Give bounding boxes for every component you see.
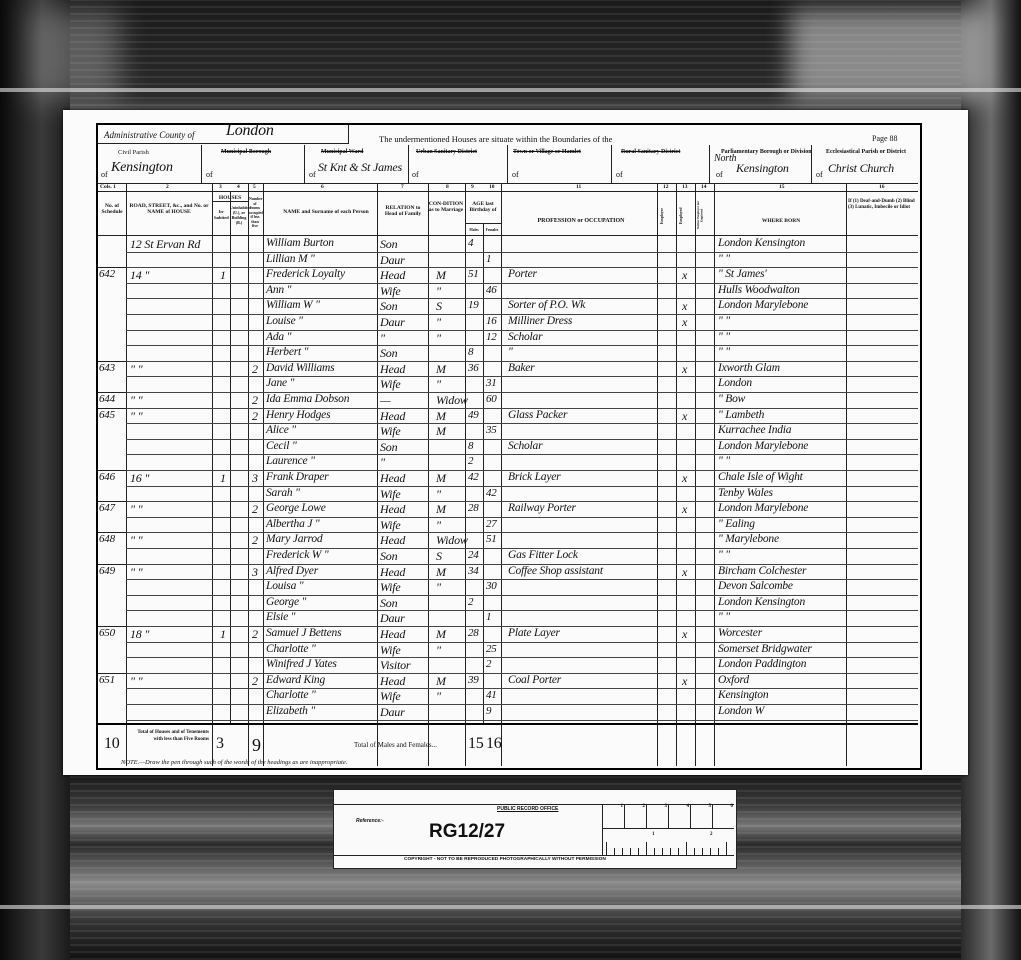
relation: Head: [380, 471, 405, 486]
person-name: Louisa ": [266, 580, 303, 592]
col-header-where-born: WHERE BORN: [716, 218, 846, 224]
age-female: 12: [486, 331, 497, 343]
birthplace: London Paddington: [718, 658, 806, 670]
table-row: 647" "2George LoweHeadM28Railway Porterx…: [96, 501, 918, 517]
condition: Widow: [436, 393, 468, 408]
age-male: 2: [468, 596, 473, 608]
of-label: of: [512, 170, 519, 179]
condition: M: [436, 502, 446, 517]
person-name: George ": [266, 596, 306, 608]
condition: ": [436, 643, 441, 658]
col-header-age: AGE last Birthday of: [465, 201, 501, 213]
schedule-number: 647: [99, 502, 115, 514]
relation: Son: [380, 237, 397, 252]
occupation: Coal Porter: [508, 674, 561, 686]
age-female: 41: [486, 689, 497, 701]
person-name: Frederick Loyalty: [266, 268, 345, 280]
rural-sanitary-label: Rural Sanitary District: [621, 149, 680, 155]
reference-label: Reference:-: [356, 818, 384, 824]
divider: [408, 145, 409, 183]
column-number: 7: [401, 184, 404, 190]
condition: M: [436, 565, 446, 580]
person-name: Ida Emma Dobson: [266, 393, 349, 405]
civil-parish-value: Kensington: [111, 160, 173, 176]
col-header-relation: RELATION to Head of Family: [379, 205, 427, 217]
relation: Wife: [380, 377, 401, 392]
person-name: Ada ": [266, 331, 291, 343]
ruler-tick: [662, 848, 663, 855]
ruler-tick: [630, 848, 631, 855]
rooms-count: 2: [252, 627, 258, 642]
column-number: 6: [321, 184, 324, 190]
ruler-label: 5: [709, 804, 712, 809]
relation: Daur: [380, 315, 405, 330]
table-row: 65018 "12Samuel J BettensHeadM28Plate La…: [96, 626, 918, 642]
relation: Wife: [380, 643, 401, 658]
person-name: Frank Draper: [266, 471, 328, 483]
rooms-count: 2: [252, 393, 258, 408]
admin-county-value: London: [226, 122, 274, 140]
person-name: Mary Jarrod: [266, 533, 322, 545]
birthplace: " ": [718, 611, 730, 623]
relation: Son: [380, 440, 397, 455]
road-address: 16 ": [130, 471, 149, 486]
total-schedules: 10: [104, 735, 120, 753]
age-female: 25: [486, 643, 497, 655]
copyright-notice: COPYRIGHT - NOT TO BE REPRODUCED PHOTOGR…: [404, 857, 606, 862]
boundaries-text: The undermentioned Houses are situate wi…: [379, 134, 612, 144]
person-name: Frederick W ": [266, 549, 328, 561]
total-females: 16: [486, 735, 502, 753]
road-address: " ": [130, 362, 142, 377]
civil-parish-label: Civil Parish: [118, 149, 149, 156]
employment-mark: x: [682, 362, 687, 377]
table-row: Sarah "Wife"42Tenby Wales: [96, 486, 918, 502]
col-header-uninhabited: Uninhabited (U.), or Building (B.): [230, 205, 248, 225]
person-name: Henry Hodges: [266, 409, 330, 421]
birthplace: Ixworth Glam: [718, 362, 780, 374]
person-name: Charlotte ": [266, 643, 316, 655]
relation: Head: [380, 409, 405, 424]
relation: Son: [380, 299, 397, 314]
birthplace: " Ealing: [718, 518, 755, 530]
birthplace: " Lambeth: [718, 409, 764, 421]
of-label: of: [816, 170, 823, 179]
divider: [304, 145, 305, 183]
reference-card: PUBLIC RECORD OFFICE Reference:- RG12/27…: [333, 789, 737, 869]
condition: M: [436, 674, 446, 689]
age-male: 42: [468, 471, 479, 483]
age-female: 60: [486, 393, 497, 405]
ruler-label: 2: [710, 832, 713, 837]
age-male: 39: [468, 674, 479, 686]
table-row: Elizabeth "Daur9London W: [96, 704, 918, 720]
relation: Wife: [380, 689, 401, 704]
ruler-tick: [694, 848, 695, 855]
birthplace: London Marylebone: [718, 299, 808, 311]
divider: [709, 145, 710, 183]
film-stripe: [0, 905, 1021, 909]
occupation: Plate Layer: [508, 627, 560, 639]
birthplace: " ": [718, 253, 730, 265]
rooms-count: 3: [252, 471, 258, 486]
table-row: Albertha J "Wife"27" Ealing: [96, 517, 918, 533]
town-village-label: Town or Village or Hamlet: [513, 149, 581, 155]
divider: [507, 145, 508, 183]
person-name: Alfred Dyer: [266, 565, 318, 577]
person-name: Albertha J ": [266, 518, 320, 530]
ruler-tick: [646, 842, 647, 855]
table-row: Ada """12Scholar" ": [96, 330, 918, 346]
census-form: Administrative County of London The unde…: [96, 123, 920, 768]
occupation: Gas Fitter Lock: [508, 549, 578, 561]
birthplace: " Bow: [718, 393, 745, 405]
age-female: 46: [486, 284, 497, 296]
col-header-road: ROAD, STREET, &c., and No. or NAME of HO…: [127, 203, 211, 215]
schedule-number: 643: [99, 362, 115, 374]
condition: ": [436, 518, 441, 533]
person-name: Ann ": [266, 284, 291, 296]
relation: Son: [380, 549, 397, 564]
occupation: Scholar: [508, 440, 542, 452]
column-number: 15: [779, 184, 785, 190]
divider: [334, 855, 734, 856]
employment-mark: x: [682, 299, 687, 314]
column-number: 4: [237, 184, 240, 190]
birthplace: London Marylebone: [718, 502, 808, 514]
age-male: 34: [468, 565, 479, 577]
relation: Son: [380, 346, 397, 361]
birthplace: Kurrachee India: [718, 424, 791, 436]
relation: Head: [380, 533, 405, 548]
ruler-tick: [678, 848, 679, 855]
table-row: 12 St Ervan RdWilliam BurtonSon4London K…: [96, 236, 918, 252]
occupation: Coffee Shop assistant: [508, 565, 603, 577]
public-record-office: PUBLIC RECORD OFFICE: [497, 806, 558, 812]
relation: Wife: [380, 580, 401, 595]
occupation: Scholar: [508, 331, 542, 343]
ruler-label: 1: [621, 804, 624, 809]
occupation: Sorter of P.O. Wk: [508, 299, 585, 311]
table-row: 64214 "1Frederick LoyaltyHeadM51Porterx"…: [96, 267, 918, 283]
table-row: Ann "Wife"46Hulls Woodwalton: [96, 283, 918, 299]
person-name: Herbert ": [266, 346, 308, 358]
road-address: " ": [130, 393, 142, 408]
ruler-label: 3: [665, 804, 668, 809]
schedule-number: 642: [99, 268, 115, 280]
parliamentary-value: Kensington: [736, 161, 789, 176]
ruler-tick: [622, 848, 623, 855]
road-address: " ": [130, 565, 142, 580]
age-male: 28: [468, 627, 479, 639]
person-name: Lillian M ": [266, 253, 315, 265]
relation: Head: [380, 674, 405, 689]
divider: [811, 145, 812, 183]
inhabited-count: 1: [220, 627, 226, 642]
birthplace: Oxford: [718, 674, 749, 686]
relation: Son: [380, 596, 397, 611]
rooms-count: 2: [252, 674, 258, 689]
age-female: 31: [486, 377, 497, 389]
rooms-count: 2: [252, 533, 258, 548]
age-female: 9: [486, 705, 491, 717]
ecclesiastical-value: Christ Church: [828, 161, 894, 176]
of-label: of: [309, 170, 316, 179]
column-number: 2: [166, 184, 169, 190]
ruler-divider: [602, 828, 734, 829]
form-note: NOTE.—Draw the pen through such of the w…: [121, 759, 347, 766]
ruler-tick: [606, 842, 607, 855]
age-male: 4: [468, 237, 473, 249]
person-name: William Burton: [266, 237, 334, 249]
of-label: of: [616, 170, 623, 179]
person-name: William W ": [266, 299, 320, 311]
inhabited-count: 1: [220, 471, 226, 486]
total-rooms: 9: [252, 735, 261, 756]
employment-mark: x: [682, 409, 687, 424]
employment-mark: x: [682, 627, 687, 642]
birthplace: " ": [718, 455, 730, 467]
person-name: Winifred J Yates: [266, 658, 337, 670]
age-male: 8: [468, 346, 473, 358]
col-header-females: Females: [483, 227, 501, 233]
schedule-number: 646: [99, 471, 115, 483]
relation: Wife: [380, 284, 401, 299]
rooms-count: 2: [252, 409, 258, 424]
col-header-schedule: No. of Schedule: [99, 203, 125, 215]
table-row: Alice "WifeM35Kurrachee India: [96, 423, 918, 439]
employment-mark: x: [682, 471, 687, 486]
condition: M: [436, 362, 446, 377]
divider: [213, 201, 248, 202]
occupation: ": [508, 346, 513, 358]
schedule-number: 649: [99, 565, 115, 577]
reference-value: RG12/27: [429, 821, 505, 843]
col-header-neither: Neither Employer nor Employed: [697, 197, 714, 233]
schedule-number: 644: [99, 393, 115, 405]
column-number: 5: [253, 184, 256, 190]
birthplace: Somerset Bridgwater: [718, 643, 812, 655]
divider: [201, 145, 202, 183]
birthplace: " ": [718, 549, 730, 561]
birthplace: London: [718, 377, 752, 389]
col-header-employer: Employer: [659, 201, 676, 231]
road-address: 12 St Ervan Rd: [130, 237, 200, 252]
age-female: 35: [486, 424, 497, 436]
age-female: 51: [486, 533, 497, 545]
birthplace: Kensington: [718, 689, 768, 701]
occupation: Porter: [508, 268, 537, 280]
table-row: Lillian M "Daur1" ": [96, 252, 918, 268]
birthplace: London Marylebone: [718, 440, 808, 452]
divider: [98, 723, 918, 725]
of-label: of: [206, 170, 213, 179]
age-female: 1: [486, 253, 491, 265]
age-male: 51: [468, 268, 479, 280]
condition: ": [436, 580, 441, 595]
total-houses-label: Total of Houses and of Tenements with le…: [129, 729, 209, 743]
ruler-label: 6: [731, 804, 734, 809]
birthplace: Chale Isle of Wight: [718, 471, 803, 483]
road-address: " ": [130, 502, 142, 517]
of-label: of: [412, 170, 419, 179]
age-male: 49: [468, 409, 479, 421]
film-light-patch: [790, 10, 990, 100]
rooms-count: 2: [252, 502, 258, 517]
relation: Head: [380, 268, 405, 283]
employment-mark: x: [682, 565, 687, 580]
film-light-patch: [30, 10, 120, 100]
condition: M: [436, 409, 446, 424]
relation: Daur: [380, 253, 405, 268]
of-label: of: [101, 170, 108, 179]
condition: M: [436, 424, 446, 439]
admin-county-box: Administrative County of London: [98, 125, 349, 144]
inhabited-count: 1: [220, 268, 226, 283]
age-female: 42: [486, 487, 497, 499]
person-name: Cecil ": [266, 440, 297, 452]
birthplace: London W: [718, 705, 764, 717]
condition: ": [436, 331, 441, 346]
occupation: Glass Packer: [508, 409, 567, 421]
person-name: Louise ": [266, 315, 303, 327]
table-row: 645" "2Henry HodgesHeadM49Glass Packerx"…: [96, 408, 918, 424]
relation: Visitor: [380, 658, 410, 673]
ruler-tick: [702, 848, 703, 855]
table-row: 651" "2Edward KingHeadM39Coal PorterxOxf…: [96, 673, 918, 689]
divider: [611, 145, 612, 183]
total-males: 15: [468, 735, 484, 753]
column-number: 13: [682, 184, 688, 190]
condition: S: [436, 299, 442, 314]
person-name: Edward King: [266, 674, 325, 686]
employment-mark: x: [682, 502, 687, 517]
column-number: Cols. 1: [100, 184, 116, 190]
census-page: Administrative County of London The unde…: [63, 110, 968, 775]
table-row: George "Son2London Kensington: [96, 595, 918, 611]
employment-mark: x: [682, 315, 687, 330]
ruler-cell: 1: [602, 804, 625, 828]
ruler-tick: [614, 848, 615, 855]
ruler-tick: [718, 848, 719, 855]
ruler-tick: [670, 848, 671, 855]
ruler-cell: 2: [624, 804, 647, 828]
table-row: 644" "2Ida Emma Dobson—Widow60" Bow: [96, 392, 918, 408]
condition: ": [436, 315, 441, 330]
row-rule: [126, 720, 918, 721]
person-name: Charlotte ": [266, 689, 316, 701]
relation: Head: [380, 362, 405, 377]
ruler-cell: 4: [668, 804, 691, 828]
schedule-number: 648: [99, 533, 115, 545]
municipal-borough-label: Municipal Borough: [221, 149, 271, 155]
condition: M: [436, 471, 446, 486]
column-number: 9: [471, 184, 474, 190]
col-header-inhabited: In-habited: [213, 209, 230, 221]
relation: Wife: [380, 424, 401, 439]
condition: M: [436, 268, 446, 283]
birthplace: Devon Salcombe: [718, 580, 793, 592]
occupation: Brick Layer: [508, 471, 560, 483]
table-row: Jane "Wife"31London: [96, 376, 918, 392]
age-male: 8: [468, 440, 473, 452]
parliamentary-prefix: North: [714, 153, 736, 164]
ruler-tick: [710, 848, 711, 855]
relation: Daur: [380, 705, 405, 720]
relation: Wife: [380, 487, 401, 502]
of-label: of: [716, 170, 723, 179]
condition: ": [436, 377, 441, 392]
age-male: 24: [468, 549, 479, 561]
table-row: Elsie "Daur1" ": [96, 610, 918, 626]
birthplace: " ": [718, 346, 730, 358]
schedule-number: 645: [99, 409, 115, 421]
table-row: Winifred J YatesVisitor2London Paddingto…: [96, 657, 918, 673]
schedule-number: 650: [99, 627, 115, 639]
col-header-condition: CON-DITION as to Marriage: [428, 201, 464, 213]
age-female: 1: [486, 611, 491, 623]
relation: —: [380, 393, 390, 408]
road-address: " ": [130, 409, 142, 424]
ecclesiastical-label: Ecclesiastical Parish or District: [820, 149, 912, 155]
municipal-ward-label: Municipal Ward: [321, 149, 363, 155]
age-male: 36: [468, 362, 479, 374]
birthplace: " St James': [718, 268, 767, 280]
age-male: 19: [468, 299, 479, 311]
age-female: 2: [486, 658, 491, 670]
condition: ": [436, 487, 441, 502]
rooms-count: 2: [252, 362, 258, 377]
relation: Daur: [380, 611, 405, 626]
table-row: 64616 "13Frank DraperHeadM42Brick Layerx…: [96, 470, 918, 486]
divider: [98, 191, 918, 192]
road-address: " ": [130, 674, 142, 689]
condition: ": [436, 284, 441, 299]
table-row: William W "SonS19Sorter of P.O. WkxLondo…: [96, 298, 918, 314]
relation: Head: [380, 502, 405, 517]
birthplace: London Kensington: [718, 237, 805, 249]
table-row: Laurence ""2" ": [96, 454, 918, 470]
birthplace: Hulls Woodwalton: [718, 284, 800, 296]
column-number: 14: [701, 184, 707, 190]
person-name: Samuel J Bettens: [266, 627, 341, 639]
age-female: 27: [486, 518, 497, 530]
condition: M: [436, 627, 446, 642]
column-number: 3: [219, 184, 222, 190]
person-name: Alice ": [266, 424, 296, 436]
birthplace: Worcester: [718, 627, 762, 639]
relation: ": [380, 331, 385, 346]
birthplace: " ": [718, 331, 730, 343]
col-header-occupation: PROFESSION or OCCUPATION: [506, 218, 656, 224]
film-edge-left: [0, 0, 70, 960]
person-name: Elizabeth ": [266, 705, 315, 717]
divider: [465, 223, 501, 224]
col-header-infirmity: If (1) Deaf-and-Dumb (2) Blind (3) Lunat…: [848, 199, 916, 211]
person-name: Jane ": [266, 377, 294, 389]
person-name: Sarah ": [266, 487, 300, 499]
relation: Wife: [380, 518, 401, 533]
urban-sanitary-label: Urban Sanitary District: [416, 149, 477, 155]
person-name: Elsie ": [266, 611, 295, 623]
person-name: David Williams: [266, 362, 334, 374]
age-female: 30: [486, 580, 497, 592]
table-row: 643" "2David WilliamsHeadM36BakerxIxwort…: [96, 361, 918, 377]
ruler-tick: [654, 848, 655, 855]
birthplace: " Marylebone: [718, 533, 779, 545]
relation: Head: [380, 565, 405, 580]
employment-mark: x: [682, 674, 687, 689]
